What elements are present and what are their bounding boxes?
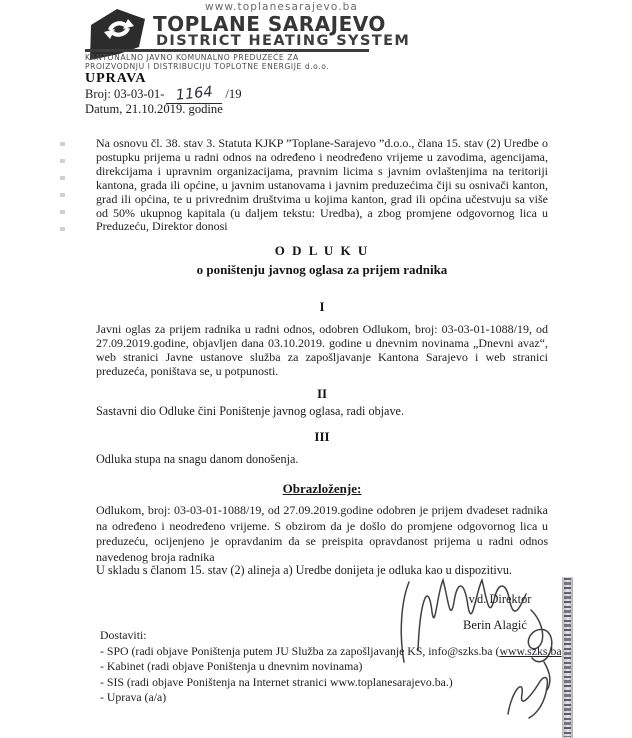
distribution-item-1: - SPO (radi objave Poništenja putem JU S… — [100, 644, 566, 660]
distribution-item-2: - Kabinet (radi objave Poništenja u dnev… — [100, 659, 566, 675]
distribution-label: Dostaviti: — [100, 628, 566, 644]
company-subtitle: DISTRICT HEATING SYSTEM — [156, 33, 410, 49]
letterhead-rule — [85, 49, 369, 52]
scan-edge-artifact — [60, 142, 65, 238]
rationale-title: Obrazloženje: — [96, 481, 548, 497]
department-label: UPRAVA — [85, 71, 147, 87]
rationale-paragraph-2: U skladu s članom 15. stav (2) alineja a… — [96, 563, 556, 578]
company-description-line1: KANTONALNO JAVNO KOMUNALNO PREDUZEĆE ZA — [85, 53, 299, 62]
date-line: Datum, 21.10.2019. godine — [85, 102, 223, 117]
preamble-paragraph: Na osnovu čl. 38. stav 3. Statuta KJKP ”… — [96, 137, 548, 234]
reference-prefix: Broj: 03-03-01- — [85, 87, 164, 101]
distribution-item-1-text: - SPO (radi objave Poništenja putem JU S… — [100, 644, 499, 658]
section-numeral-1: I — [96, 299, 548, 315]
reference-suffix: /19 — [225, 87, 241, 101]
decision-subtitle: o poništenju javnog oglasa za prijem rad… — [96, 262, 548, 278]
distribution-item-3: - SIS (radi objave Poništenja na Interne… — [100, 675, 566, 691]
section-text-2: Sastavni dio Odluke čini Poništenje javn… — [96, 404, 548, 419]
section-numeral-3: III — [96, 429, 548, 445]
section-text-3: Odluka stupa na snagu danom donošenja. — [96, 452, 548, 467]
distribution-item-4: - Uprava (a/a) — [100, 690, 566, 706]
section-numeral-2: II — [96, 386, 548, 402]
company-description-line2: PROIZVODNJU I DISTRIBUCIJU TOPLOTNE ENER… — [85, 62, 329, 71]
handwritten-number: 1164 — [175, 84, 213, 104]
scan-artifact-strip — [562, 577, 573, 738]
distribution-item-1-link: www.szks.ba — [499, 644, 561, 658]
signatory-title: v.d. Direktor — [430, 592, 570, 607]
rationale-paragraph-1: Odlukom, broj: 03-03-01-1088/19, od 27.0… — [96, 503, 548, 565]
distribution-block: Dostaviti: - SPO (radi objave Poništenja… — [100, 628, 566, 706]
section-text-1: Javni oglas za prijem radnika u radni od… — [96, 323, 548, 379]
document-page: www.toplanesarajevo.ba TOPLANE SARAJEVO … — [0, 0, 632, 738]
decision-title: O D L U K U — [96, 243, 548, 259]
